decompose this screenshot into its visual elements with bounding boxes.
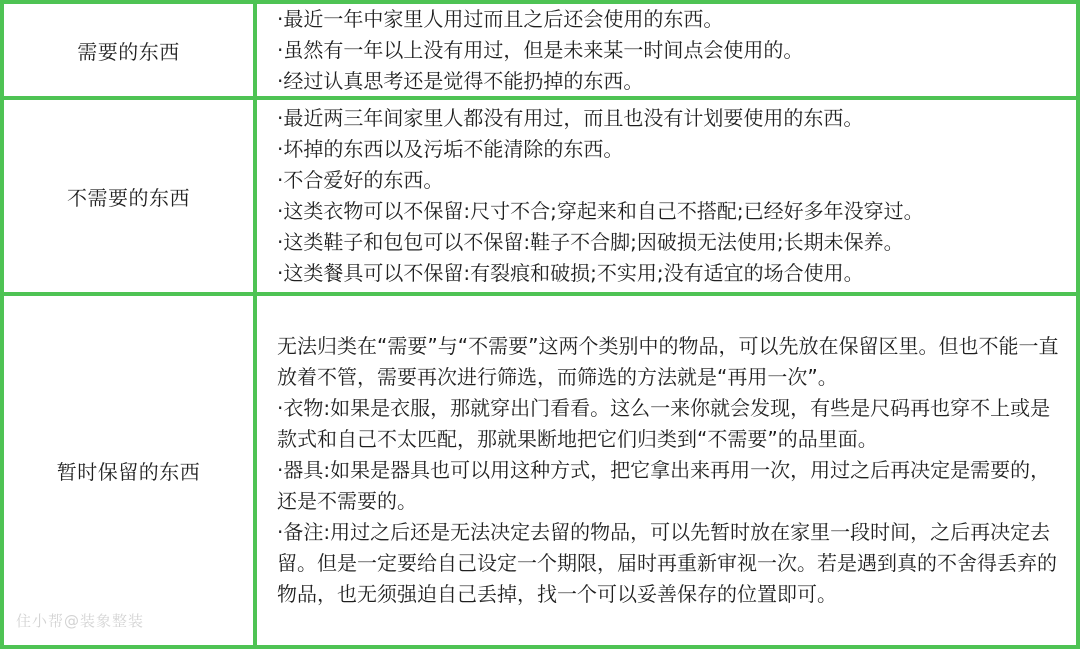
declutter-guide-page: 需要的东西 ·最近一年中家里人用过而且之后还会使用的东西。 ·虽然有一年以上没有… xyxy=(0,0,1080,649)
bullet-item: ·虽然有一年以上没有用过，但是未来某一时间点会使用的。 xyxy=(277,35,1062,66)
bullet-item: ·经过认真思考还是觉得不能扔掉的东西。 xyxy=(277,66,1062,97)
declutter-table: 需要的东西 ·最近一年中家里人用过而且之后还会使用的东西。 ·虽然有一年以上没有… xyxy=(0,0,1080,649)
bullet-item: ·最近一年中家里人用过而且之后还会使用的东西。 xyxy=(277,4,1062,35)
bullet-item: ·备注:用过之后还是无法决定去留的物品，可以先暂时放在家里一段时间，之后再决定去… xyxy=(277,517,1062,610)
category-cell-not-needed: 不需要的东西 xyxy=(4,100,253,292)
intro-paragraph: 无法归类在“需要”与“不需要”这两个类别中的物品，可以先放在保留区里。但也不能一… xyxy=(277,331,1062,393)
bullet-item: ·衣物:如果是衣服，那就穿出门看看。这么一来你就会发现，有些是尺码再也穿不上或是… xyxy=(277,393,1062,455)
bullet-item: ·坏掉的东西以及污垢不能清除的东西。 xyxy=(277,134,1062,165)
category-cell-needed: 需要的东西 xyxy=(4,4,253,96)
bullet-item: ·不合爱好的东西。 xyxy=(277,165,1062,196)
bullet-item: ·这类餐具可以不保留:有裂痕和破损;不实用;没有适宜的场合使用。 xyxy=(277,258,1062,289)
bullet-item: ·这类衣物可以不保留:尺寸不合;穿起来和自己不搭配;已经好多年没穿过。 xyxy=(277,196,1062,227)
bullet-item: ·最近两三年间家里人都没有用过，而且也没有计划要使用的东西。 xyxy=(277,103,1062,134)
bullet-item: ·这类鞋子和包包可以不保留:鞋子不合脚;因破损无法使用;长期未保养。 xyxy=(277,227,1062,258)
desc-cell-not-needed: ·最近两三年间家里人都没有用过，而且也没有计划要使用的东西。 ·坏掉的东西以及污… xyxy=(257,100,1076,292)
category-cell-keep-temporarily: 暂时保留的东西 xyxy=(4,296,253,645)
desc-cell-keep-temporarily: 无法归类在“需要”与“不需要”这两个类别中的物品，可以先放在保留区里。但也不能一… xyxy=(257,296,1076,645)
desc-cell-needed: ·最近一年中家里人用过而且之后还会使用的东西。 ·虽然有一年以上没有用过，但是未… xyxy=(257,4,1076,96)
bullet-item: ·器具:如果是器具也可以用这种方式，把它拿出来再用一次，用过之后再决定是需要的，… xyxy=(277,455,1062,517)
